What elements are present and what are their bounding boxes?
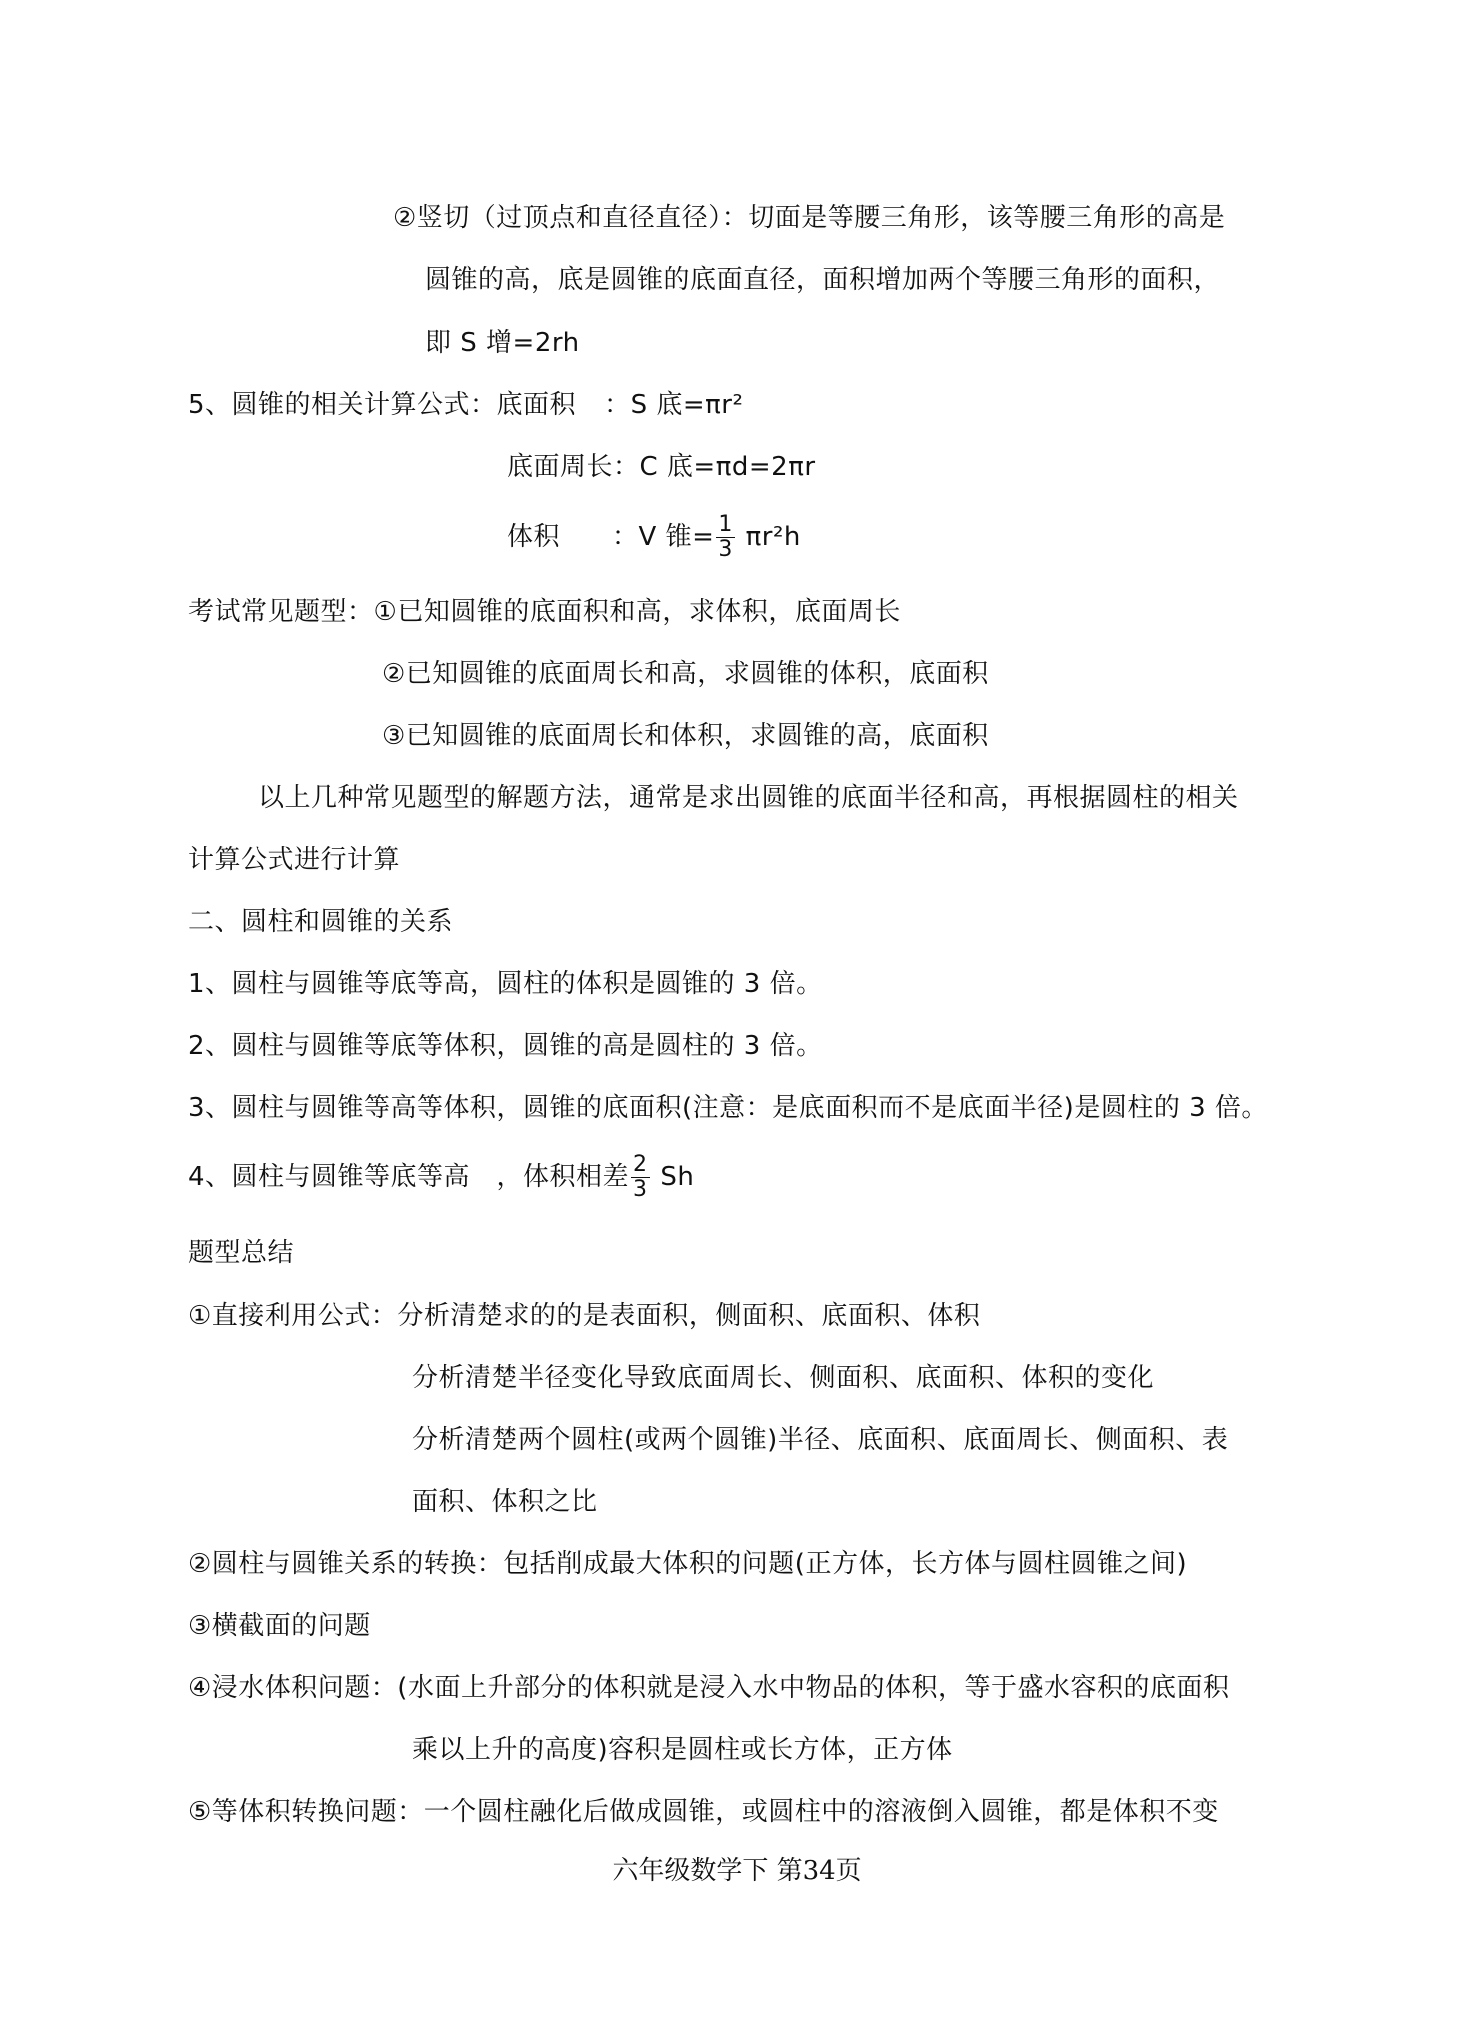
volume-suffix: πr²h <box>746 522 801 552</box>
circumference-label: 底面周长 <box>507 452 613 482</box>
summary-heading: 题型总结 <box>188 1236 294 1270</box>
relation-item: 1、圆柱与圆锥等底等高，圆柱的体积是圆锥的 3 倍。 <box>188 967 823 1001</box>
volume-prefix: ：V 锥= <box>612 522 714 552</box>
volume-row: 体积：V 锥=13 πr²h <box>507 510 801 564</box>
summary-item-2: ②圆柱与圆锥关系的转换：包括削成最大体积的问题(正方体，长方体与圆柱圆锥之间) <box>188 1547 1187 1581</box>
summary-item-4-line-2: 乘以上升的高度)容积是圆柱或长方体，正方体 <box>412 1733 953 1767</box>
base-area-label: 底面积 <box>497 390 577 420</box>
exam-type-item: ③已知圆锥的底面周长和体积，求圆锥的高，底面积 <box>382 719 989 753</box>
exam-note-line-2: 计算公式进行计算 <box>188 843 400 877</box>
circumference-row: 底面周长：C 底=πd=2πr <box>507 450 816 484</box>
summary-item-1-line: 分析清楚半径变化导致底面周长、侧面积、底面积、体积的变化 <box>412 1361 1154 1395</box>
vertical-cut-line-3: 即 S 增=2rh <box>425 326 580 360</box>
page-footer: 六年级数学下 第34页 <box>0 1850 1474 1887</box>
exam-type-item: ②已知圆锥的底面周长和高，求圆锥的体积，底面积 <box>382 657 989 691</box>
formula-heading-row: 5、圆锥的相关计算公式：底面积：S 底=πr² <box>188 388 743 422</box>
summary-item-3: ③横截面的问题 <box>188 1609 371 1643</box>
summary-item-1-line: 面积、体积之比 <box>412 1485 598 1519</box>
summary-item-4-line-1: ④浸水体积问题：(水面上升部分的体积就是浸入水中物品的体积，等于盛水容积的底面积 <box>188 1671 1229 1705</box>
volume-label: 体积 <box>507 522 560 552</box>
relation-item-4: 4、圆柱与圆锥等底等高 ，体积相差23 Sh <box>188 1150 694 1204</box>
relation-item: 3、圆柱与圆锥等高等体积，圆锥的底面积(注意：是底面积而不是底面半径)是圆柱的 … <box>188 1091 1268 1125</box>
exam-type-item: ①已知圆锥的底面积和高，求体积，底面周长 <box>374 597 901 627</box>
summary-item-1-line: 分析清楚两个圆柱(或两个圆锥)半径、底面积、底面周长、侧面积、表 <box>412 1423 1228 1457</box>
vertical-cut-line-2: 圆锥的高，底是圆锥的底面直径，面积增加两个等腰三角形的面积， <box>425 263 1220 297</box>
summary-item-1: ①直接利用公式：分析清楚求的的是表面积，侧面积、底面积、体积 <box>188 1299 980 1333</box>
summary-item-1-label: ①直接利用公式： <box>188 1301 397 1331</box>
relation-heading: 二、圆柱和圆锥的关系 <box>188 905 453 939</box>
volume-fraction: 13 <box>716 513 735 562</box>
volume-diff-fraction: 23 <box>631 1153 650 1202</box>
exam-types-row-1: 考试常见题型：①已知圆锥的底面积和高，求体积，底面周长 <box>188 595 901 629</box>
formula-heading: 5、圆锥的相关计算公式： <box>188 390 497 420</box>
exam-note-line-1: 以上几种常见题型的解题方法，通常是求出圆锥的底面半径和高，再根据圆柱的相关 <box>258 781 1239 815</box>
summary-item-5: ⑤等体积转换问题：一个圆柱融化后做成圆锥，或圆柱中的溶液倒入圆锥，都是体积不变 <box>188 1795 1219 1829</box>
vertical-cut-line-1: ②竖切（过顶点和直径直径）：切面是等腰三角形，该等腰三角形的高是 <box>393 201 1225 235</box>
base-area-formula: ：S 底=πr² <box>604 390 743 420</box>
exam-types-heading: 考试常见题型： <box>188 597 374 627</box>
relation-item: 2、圆柱与圆锥等底等体积，圆锥的高是圆柱的 3 倍。 <box>188 1029 823 1063</box>
circumference-formula: ：C 底=πd=2πr <box>613 452 816 482</box>
